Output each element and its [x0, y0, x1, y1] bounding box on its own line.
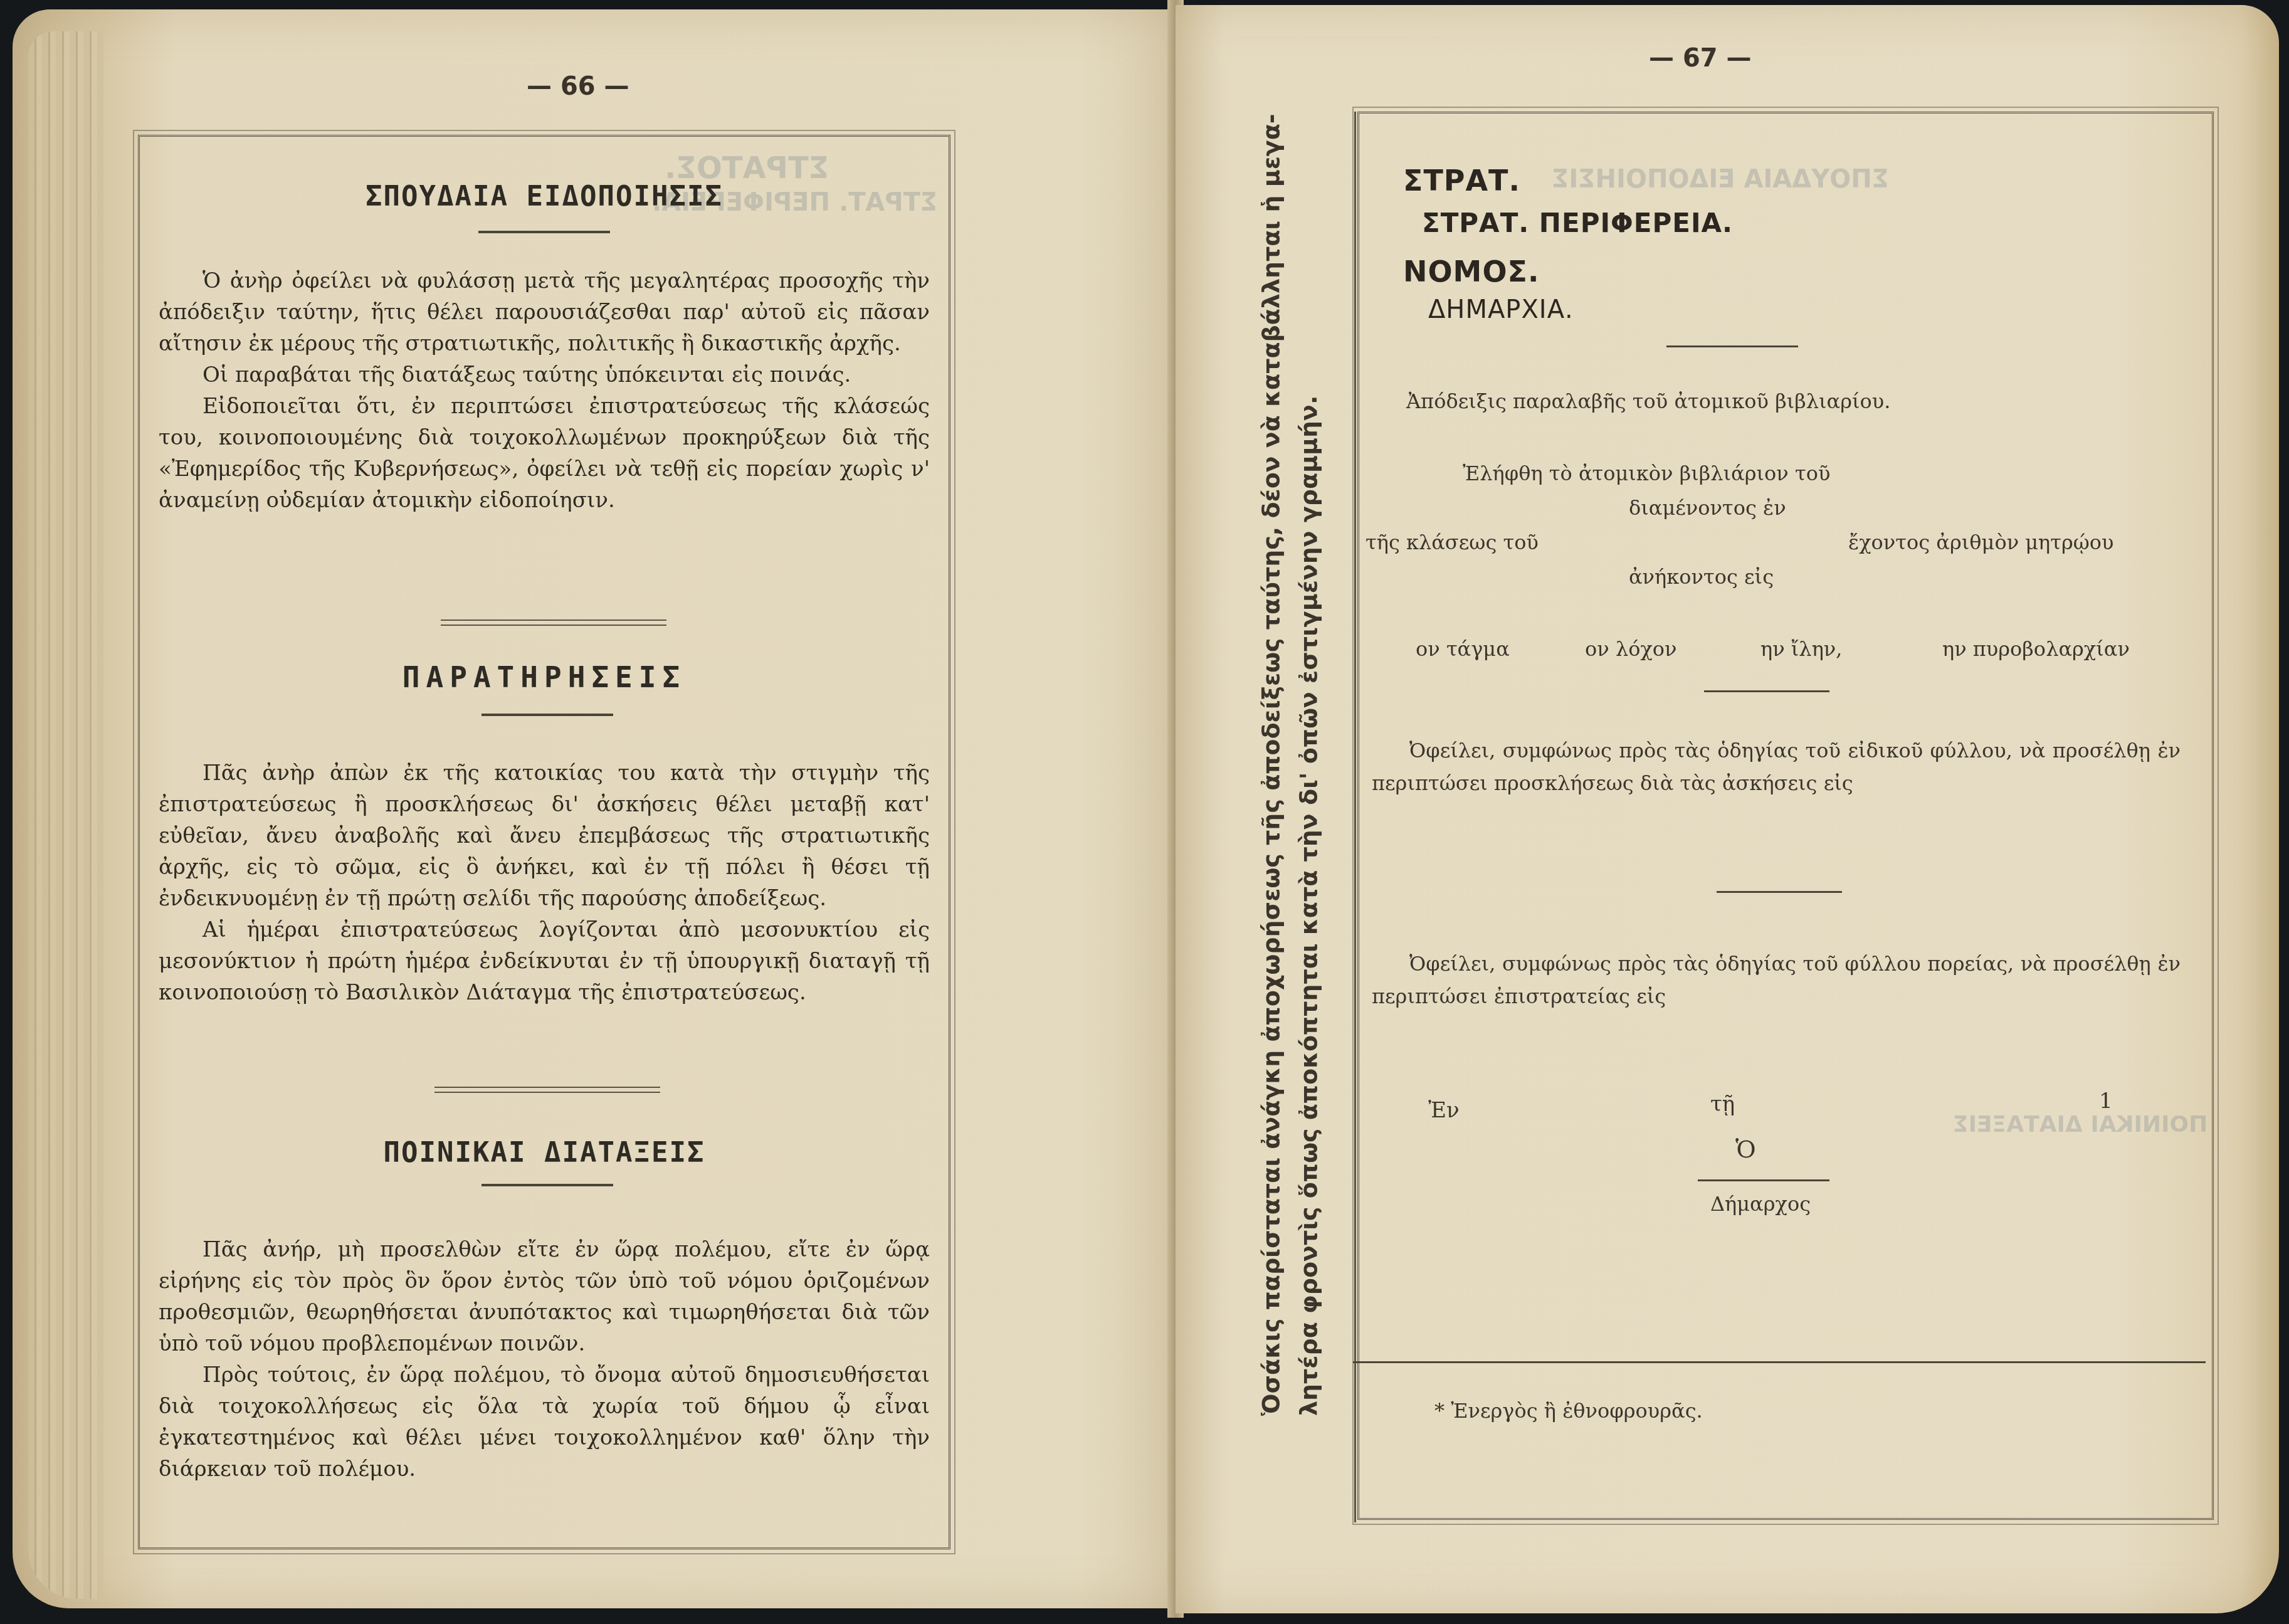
penal-paragraph: Πρὸς τούτοις, ἐν ὥρᾳ πολέμου, τὸ ὄνομα α…	[159, 1359, 930, 1485]
heading-observations: ΠΑΡΑΤΗΡΗΣΕΙΣ	[140, 660, 949, 694]
heading-important-notice: ΣΠΟΥΔΑΙΑ ΕΙΔΟΠΟΙΗΣΙΣ	[140, 181, 949, 213]
vertical-note-line: λητέρα φροντὶς ὅπως ἀποκόπτηται κατὰ τὴν…	[1295, 396, 1322, 1416]
divider	[478, 231, 610, 233]
notice-paragraph: Οἱ παραβάται τῆς διατάξεως ταύτης ὑπόκει…	[159, 359, 930, 391]
instruction-mobilization: Ὀφείλει, συμφώνως πρὸς τὰς ὁδηγίας τοῦ φ…	[1372, 947, 2181, 1013]
receipt-title: Ἀπόδειξις παραλαβῆς τοῦ ἀτομικοῦ βιβλιαρ…	[1406, 389, 1890, 413]
page-frame: ΣΠΟΥΔΑΙΑ ΕΙΔΟΠΟΙΗΣΙΣ Ὁ ἀνὴρ ὀφείλει νὰ φ…	[138, 135, 950, 1549]
notice-paragraph: Εἰδοποιεῖται ὅτι, ἐν περιπτώσει ἐπιστρατ…	[159, 391, 930, 516]
open-book: ΣΤΡΑΤΟΣ. ΣΤΡΑΤ. ΠΕΡΙΦΕΡΕΙΑ. — 66 — ΣΠΟΥΔ…	[0, 0, 2289, 1624]
instruction-exercises: Ὀφείλει, συμφώνως πρὸς τὰς ὁδηγίας τοῦ ε…	[1372, 734, 2181, 799]
notice-section: Ὁ ἀνὴρ ὀφείλει νὰ φυλάσσῃ μετὰ τῆς μεγαλ…	[159, 265, 930, 516]
page-edges	[28, 31, 103, 1599]
year-mark: 1	[2099, 1089, 2113, 1114]
date-label: τῇ	[1710, 1092, 1735, 1117]
divider	[1717, 891, 1842, 893]
signatory-title: Δήμαρχος	[1710, 1192, 1811, 1216]
divider	[481, 1184, 613, 1186]
divider	[1666, 345, 1798, 347]
header-army: ΣΤΡΑΤ.	[1403, 164, 1520, 198]
header-municipality: ΔΗΜΑΡΧΙΑ.	[1428, 295, 1574, 324]
vertical-note-line: Ὁσάκις παρίσταται ἀνάγκη ἀποχωρήσεως τῆς…	[1257, 113, 1285, 1416]
receipt-line: ἀνήκοντος εἰς	[1629, 565, 1774, 589]
heading-penal-provisions: ΠΟΙΝΙΚΑΙ ΔΙΑΤΑΞΕΙΣ	[140, 1137, 949, 1169]
notice-paragraph: Ὁ ἀνὴρ ὀφείλει νὰ φυλάσσῃ μετὰ τῆς μεγαλ…	[159, 265, 930, 359]
page-number: — 67 —	[1649, 44, 1752, 73]
header-prefecture: ΝΟΜΟΣ.	[1403, 255, 1539, 288]
right-page: — 67 — ΣΠΟΥΔΑΙΑ ΕΙΔΟΠΟΙΗΣΙΣ ΠΟΙΝΙΚΑΙ ΔΙΑ…	[1176, 5, 2279, 1613]
perforation-line	[1354, 112, 1356, 1522]
penal-section: Πᾶς ἀνήρ, μὴ προσελθὼν εἴτε ἐν ὥρᾳ πολέμ…	[159, 1234, 930, 1485]
header-military-district: ΣΤΡΑΤ. ΠΕΡΙΦΕΡΕΙΑ.	[1422, 208, 1733, 238]
observation-paragraph: Πᾶς ἀνὴρ ἀπὼν ἐκ τῆς κατοικίας του κατὰ …	[159, 757, 930, 914]
unit-option: ον λόχον	[1585, 637, 1677, 661]
receipt-line: διαμένοντος ἐν	[1629, 496, 1786, 520]
vertical-margin-note: Ὁσάκις παρίσταται ἀνάγκη ἀποχωρήσεως τῆς…	[1251, 11, 1345, 1422]
unit-option: ον τάγμα	[1416, 637, 1510, 661]
footer-note: * Ἐνεργὸς ἢ ἐθνοφρουρᾶς.	[1434, 1399, 1703, 1423]
divider	[481, 714, 613, 716]
receipt-frame: ΣΤΡΑΤ. ΣΤΡΑΤ. ΠΕΡΙΦΕΡΕΙΑ. ΝΟΜΟΣ. ΔΗΜΑΡΧΙ…	[1357, 112, 2214, 1520]
signature-line	[1698, 1179, 1829, 1181]
signatory-article: Ὁ	[1735, 1136, 1756, 1163]
observation-paragraph: Αἱ ἡμέραι ἐπιστρατεύσεως λογίζονται ἀπὸ …	[159, 914, 930, 1008]
receipt-line: τῆς κλάσεως τοῦ	[1366, 530, 1539, 554]
place-label: Ἐν	[1428, 1098, 1460, 1123]
footer-divider	[1353, 1361, 2206, 1363]
divider	[1704, 690, 1829, 692]
double-divider	[441, 620, 666, 626]
receipt-line: Ἐλήφθη τὸ ἀτομικὸν βιβλιάριον τοῦ	[1463, 461, 1830, 485]
page-number: — 66 —	[527, 72, 629, 101]
double-divider	[434, 1087, 660, 1093]
penal-paragraph: Πᾶς ἀνήρ, μὴ προσελθὼν εἴτε ἐν ὥρᾳ πολέμ…	[159, 1234, 930, 1359]
unit-option: ην πυροβολαρχίαν	[1942, 637, 2130, 661]
unit-option: ην ἴλην,	[1760, 637, 1842, 661]
receipt-line: ἔχοντος ἀριθμὸν μητρῴου	[1848, 530, 2114, 554]
observations-section: Πᾶς ἀνὴρ ἀπὼν ἐκ τῆς κατοικίας του κατὰ …	[159, 757, 930, 1008]
left-page: ΣΤΡΑΤΟΣ. ΣΤΡΑΤ. ΠΕΡΙΦΕΡΕΙΑ. — 66 — ΣΠΟΥΔ…	[13, 9, 1176, 1608]
